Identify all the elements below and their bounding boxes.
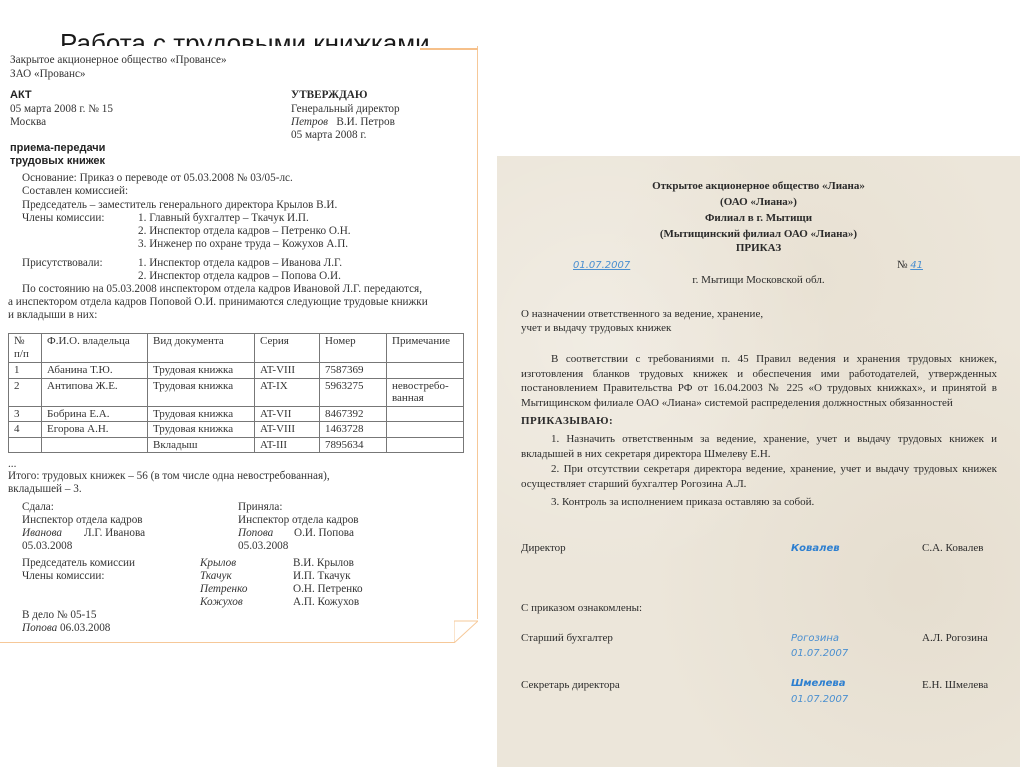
table-row: 4Егорова А.Н.Трудовая книжкаAT-VIII14637…: [9, 422, 464, 438]
order-item-2: 2. При отсутствии секретаря директора ве…: [521, 462, 997, 491]
present-2: 2. Инспектор отдела кадров – Попова О.И.: [138, 270, 341, 283]
order-org-full: Открытое акционерное общество «Лиана»: [497, 180, 1020, 193]
col-owner: Ф.И.О. владельца: [42, 334, 148, 363]
approve-signature: Петров: [291, 116, 328, 128]
director-position: Директор: [521, 542, 566, 555]
subject-line-1: приема-передачи: [10, 142, 105, 155]
col-doc-type: Вид документа: [148, 334, 255, 363]
act-document: Закрытое акционерное общество «Провансе»…: [0, 46, 478, 643]
order-date: 01.07.2007: [573, 259, 630, 272]
total-line-1: Итого: трудовых книжек – 56 (в том числе…: [8, 470, 330, 483]
table-cell: 7895634: [320, 437, 387, 453]
table-cell: Трудовая книжка: [148, 422, 255, 438]
table-row: 2Антипова Ж.Е.Трудовая книжкаAT-IX596327…: [9, 378, 464, 406]
order-item-3: 3. Контроль за исполнением приказа остав…: [521, 495, 997, 510]
table-cell: Антипова Ж.Е.: [42, 378, 148, 406]
received-name: О.И. Попова: [294, 527, 354, 540]
received-position: Инспектор отдела кадров: [238, 514, 359, 527]
doc-city: Москва: [10, 116, 46, 129]
file-note: В дело № 05-15: [22, 609, 96, 622]
received-signature: Попова: [238, 527, 273, 540]
commission-name-3: О.Н. Петренко: [293, 583, 363, 596]
table-cell: Трудовая книжка: [148, 363, 255, 379]
table-cell: Егорова А.Н.: [42, 422, 148, 438]
order-preamble: В соответствии с требованиями п. 45 Прав…: [521, 352, 997, 410]
total-line-2: вкладышей – 3.: [8, 483, 82, 496]
table-cell: Бобрина Е.А.: [42, 406, 148, 422]
table-cell: [387, 422, 464, 438]
commission-signature-3: Петренко: [200, 583, 248, 596]
order-doc-type: ПРИКАЗ: [497, 242, 1020, 255]
present-label: Присутствовали:: [22, 257, 103, 270]
basis: Основание: Приказ о переводе от 05.03.20…: [22, 172, 293, 185]
commission-signature-2: Ткачук: [200, 570, 232, 583]
handed-label: Сдала:: [22, 501, 54, 514]
commission-members-label: Члены комиссии:: [22, 570, 104, 583]
acquainted-date-1: 01.07.2007: [791, 647, 848, 660]
books-table: № п/п Ф.И.О. владельца Вид документа Сер…: [8, 333, 464, 453]
order-document: Открытое акционерное общество «Лиана» (О…: [497, 156, 1020, 767]
table-cell: 7587369: [320, 363, 387, 379]
statement-line-1: По состоянию на 05.03.2008 инспектором о…: [22, 283, 422, 296]
order-command-word: ПРИКАЗЫВАЮ:: [521, 415, 613, 428]
handed-position: Инспектор отдела кадров: [22, 514, 143, 527]
commission-signature-1: Крылов: [200, 557, 236, 570]
accent-line: [420, 48, 478, 50]
table-header-row: № п/п Ф.И.О. владельца Вид документа Сер…: [9, 334, 464, 363]
order-city: г. Мытищи Московской обл.: [497, 274, 1020, 287]
table-cell: [387, 363, 464, 379]
table-cell: Вкладыш: [148, 437, 255, 453]
table-cell: Трудовая книжка: [148, 378, 255, 406]
order-branch: Филиал в г. Мытищи: [497, 212, 1020, 225]
statement-line-2: а инспектором отдела кадров Поповой О.И.…: [8, 296, 428, 309]
member-3: 3. Инженер по охране труда – Кожухов А.П…: [138, 238, 348, 251]
approve-title: УТВЕРЖДАЮ: [291, 89, 367, 102]
col-series: Серия: [255, 334, 320, 363]
table-cell: 1: [9, 363, 42, 379]
commission-name-1: В.И. Крылов: [293, 557, 354, 570]
received-label: Приняла:: [238, 501, 282, 514]
handed-name: Л.Г. Иванова: [84, 527, 145, 540]
order-number: 41: [910, 260, 923, 271]
table-cell: 1463728: [320, 422, 387, 438]
acquainted-name-2: Е.Н. Шмелева: [922, 679, 988, 692]
table-cell: AT-III: [255, 437, 320, 453]
org-full-name: Закрытое акционерное общество «Провансе»: [10, 54, 227, 67]
table-cell: 2: [9, 378, 42, 406]
table-cell: [42, 437, 148, 453]
file-date: 06.03.2008: [60, 622, 110, 634]
order-item-1: 1. Назначить ответственным за ведение, х…: [521, 432, 997, 461]
order-subject-line-1: О назначении ответственного за ведение, …: [521, 308, 763, 321]
table-cell: [387, 437, 464, 453]
approve-position: Генеральный директор: [291, 103, 400, 116]
commission-label: Составлен комиссией:: [22, 185, 128, 198]
acquainted-label: С приказом ознакомлены:: [521, 602, 642, 615]
doc-type: АКТ: [10, 89, 32, 102]
doc-date-number: 05 марта 2008 г. № 15: [10, 103, 113, 116]
acquainted-name-1: А.Л. Рогозина: [922, 632, 988, 645]
handed-date: 05.03.2008: [22, 540, 72, 553]
table-cell: Абанина Т.Ю.: [42, 363, 148, 379]
director-name: С.А. Ковалев: [922, 542, 983, 555]
org-short-name: ЗАО «Прованс»: [10, 68, 86, 81]
col-number: № п/п: [9, 334, 42, 363]
table-cell: [387, 406, 464, 422]
commission-chairman-label: Председатель комиссии: [22, 557, 135, 570]
table-cell: AT-VIII: [255, 363, 320, 379]
order-number-label: №: [897, 259, 908, 271]
table-cell: AT-VIII: [255, 422, 320, 438]
approve-name: В.И. Петров: [336, 116, 394, 128]
table-cell: [9, 437, 42, 453]
commission-name-2: И.П. Ткачук: [293, 570, 351, 583]
table-cell: AT-VII: [255, 406, 320, 422]
handed-signature: Иванова: [22, 527, 62, 540]
member-1: 1. Главный бухгалтер – Ткачук И.П.: [138, 212, 309, 225]
present-1: 1. Инспектор отдела кадров – Иванова Л.Г…: [138, 257, 342, 270]
acquainted-signature-1: Рогозина: [791, 632, 839, 645]
approve-date: 05 марта 2008 г.: [291, 129, 366, 142]
order-branch-short: (Мытищинский филиал ОАО «Лиана»): [497, 228, 1020, 241]
page-curl-icon: [454, 619, 478, 643]
file-signature: Попова: [22, 622, 57, 634]
acquainted-position-2: Секретарь директора: [521, 679, 620, 692]
table-cell: 8467392: [320, 406, 387, 422]
order-subject-line-2: учет и выдачу трудовых книжек: [521, 322, 671, 335]
table-cell: невостребо-ванная: [387, 378, 464, 406]
table-row: 1Абанина Т.Ю.Трудовая книжкаAT-VIII75873…: [9, 363, 464, 379]
ellipsis: ...: [8, 458, 16, 471]
table-row: ВкладышAT-III7895634: [9, 437, 464, 453]
commission-name-4: А.П. Кожухов: [293, 596, 359, 609]
table-cell: Трудовая книжка: [148, 406, 255, 422]
acquainted-position-1: Старший бухгалтер: [521, 632, 613, 645]
acquainted-signature-2: Шмелева: [791, 677, 846, 690]
statement-line-3: и вкладыши в них:: [8, 309, 97, 322]
received-date: 05.03.2008: [238, 540, 288, 553]
members-label: Члены комиссии:: [22, 212, 104, 225]
col-note: Примечание: [387, 334, 464, 363]
member-2: 2. Инспектор отдела кадров – Петренко О.…: [138, 225, 351, 238]
table-cell: 4: [9, 422, 42, 438]
chairman: Председатель – заместитель генерального …: [22, 199, 337, 212]
table-cell: AT-IX: [255, 378, 320, 406]
commission-signature-4: Кожухов: [200, 596, 243, 609]
order-org-short: (ОАО «Лиана»): [497, 196, 1020, 209]
director-signature: Ковалев: [791, 542, 840, 555]
col-doc-number: Номер: [320, 334, 387, 363]
table-cell: 3: [9, 406, 42, 422]
acquainted-date-2: 01.07.2007: [791, 693, 848, 706]
table-row: 3Бобрина Е.А.Трудовая книжкаAT-VII846739…: [9, 406, 464, 422]
table-cell: 5963275: [320, 378, 387, 406]
subject-line-2: трудовых книжек: [10, 155, 105, 168]
